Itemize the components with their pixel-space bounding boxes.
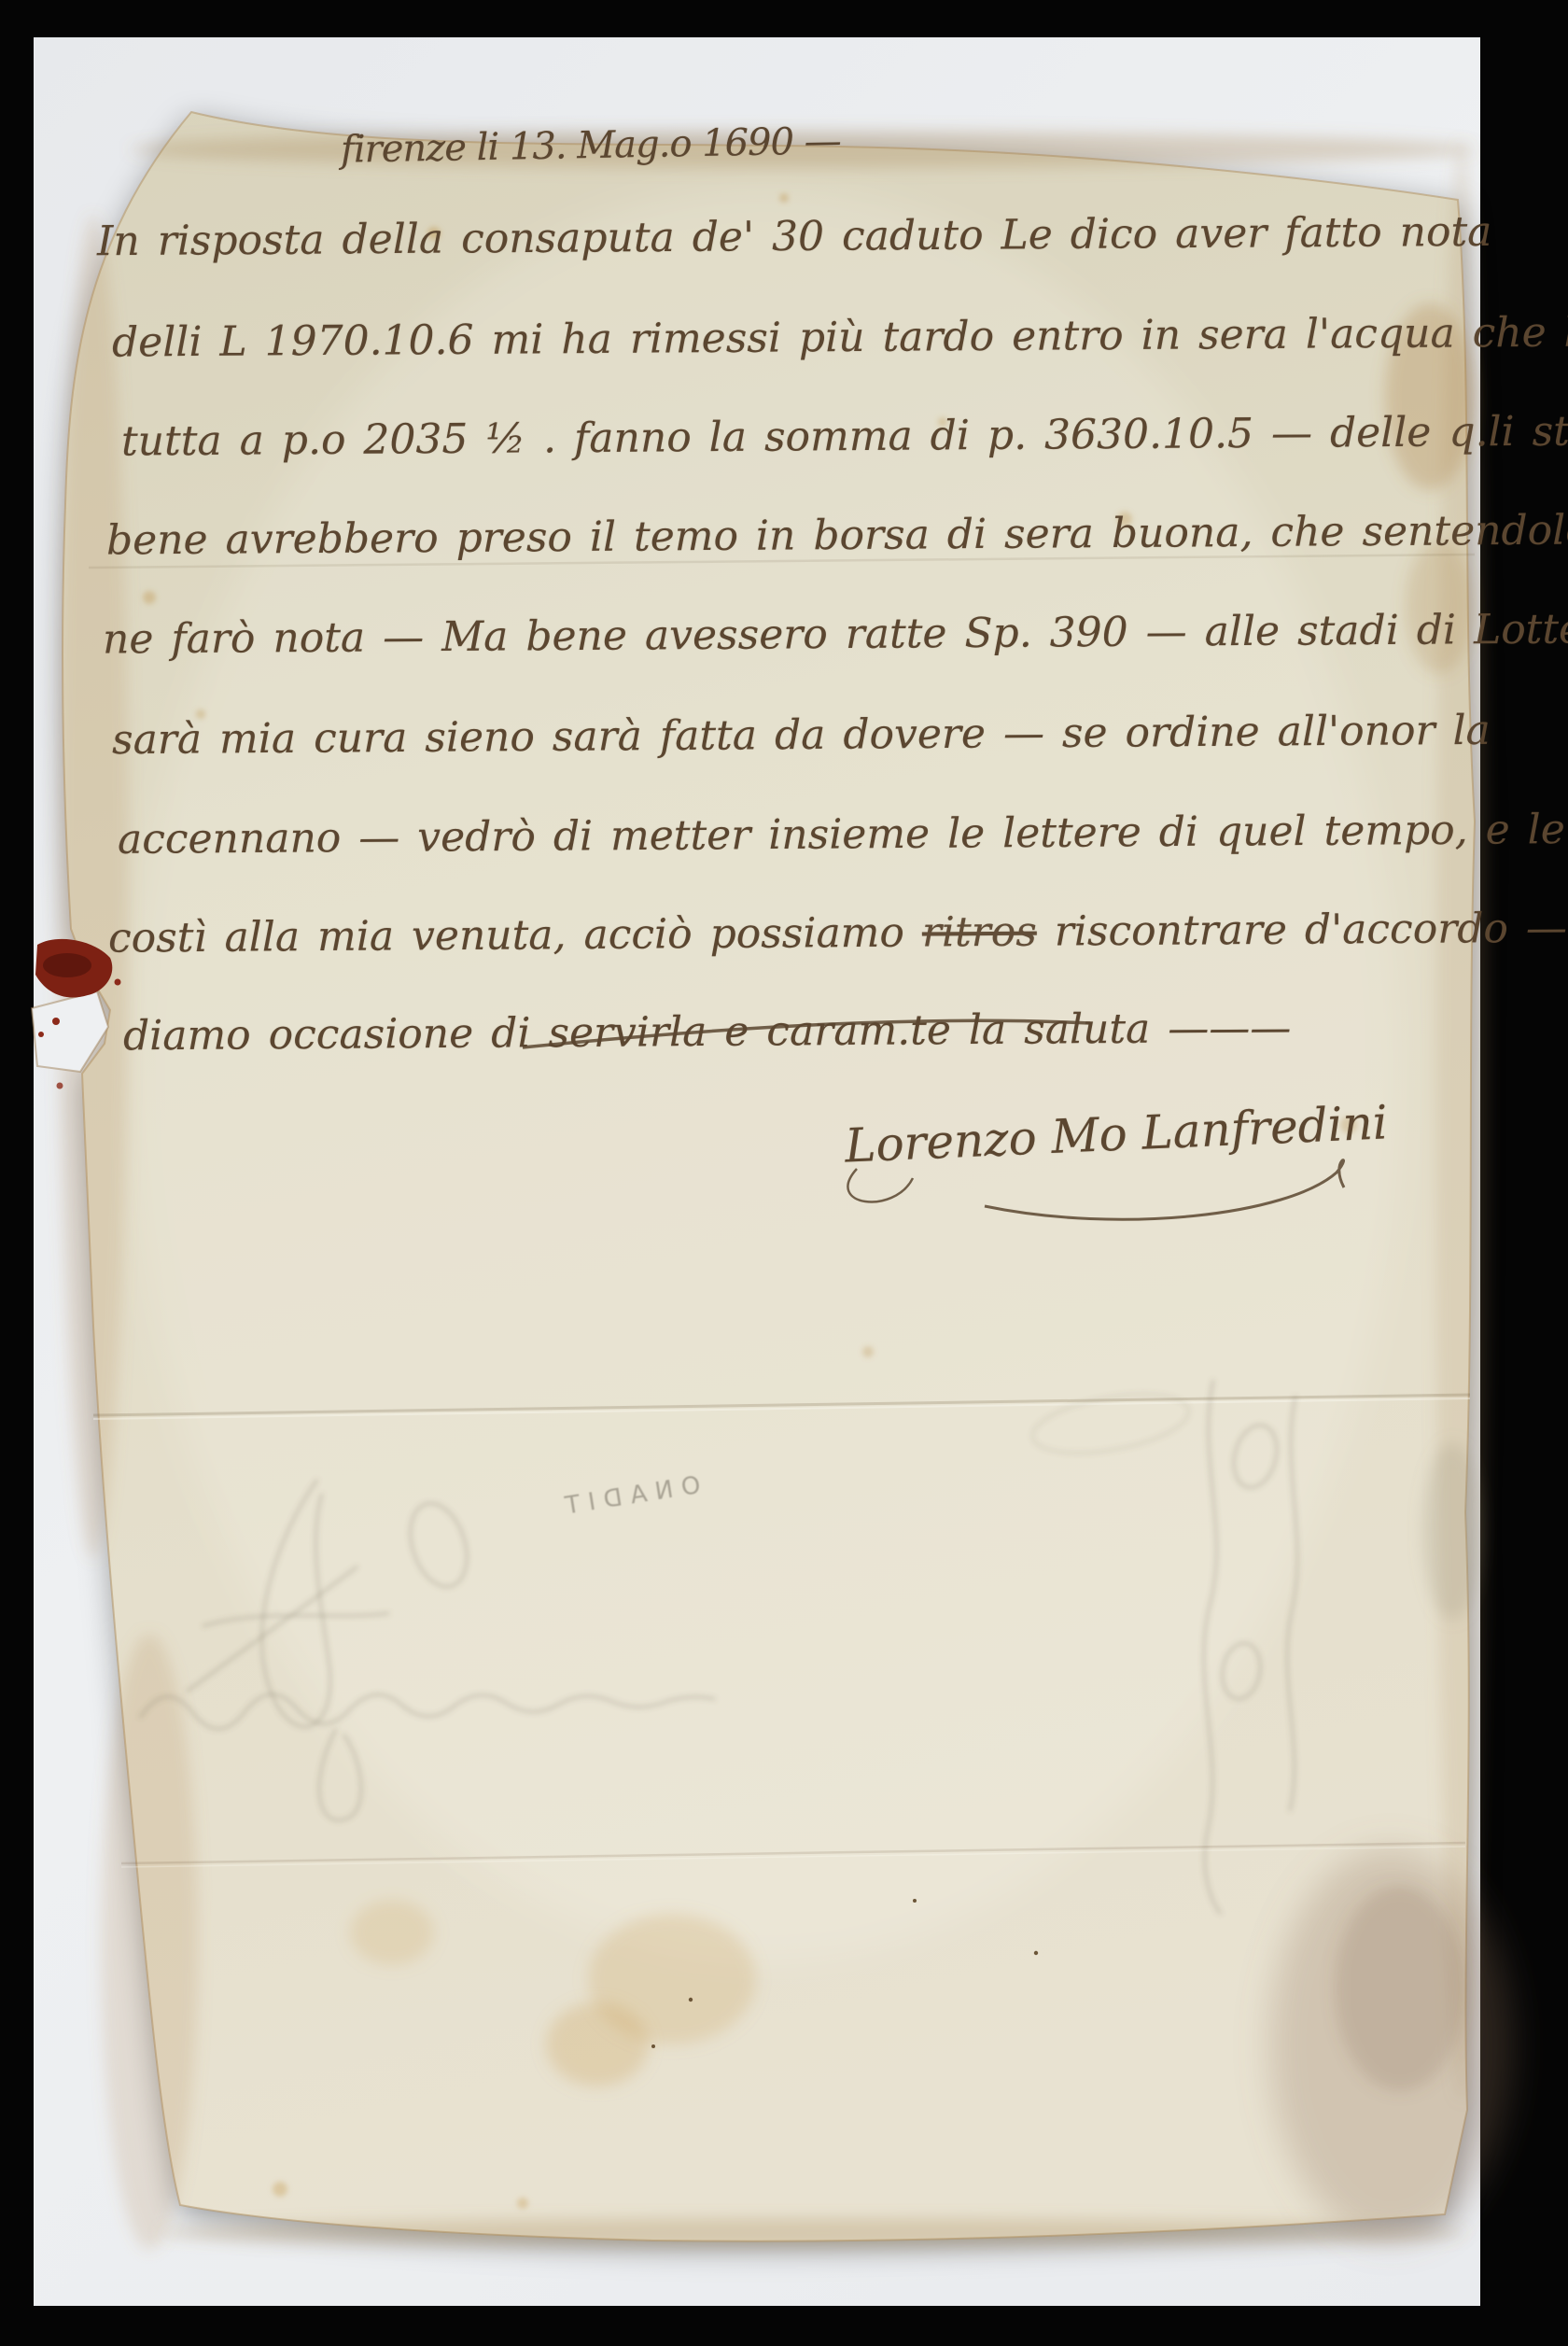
- signature: Lorenzo Mo Lanfredini: [844, 1099, 1389, 1169]
- letter-line-with-strikeout: costì alla mia venuta, acciò possiamo ri…: [108, 907, 1568, 959]
- letter-line: ne farò nota — Ma bene avessero ratte Sp…: [103, 609, 1568, 660]
- letter-line: accennano — vedrò di metter insieme le l…: [118, 808, 1568, 861]
- letter-line: sarà mia cura sieno sarà fatta da dovere…: [112, 710, 1491, 761]
- line8-post: riscontrare d'accordo — e: [1037, 904, 1568, 955]
- date-line: firenze li 13. Mag.o 1690 —: [341, 122, 841, 168]
- photograph-of-letter: firenze li 13. Mag.o 1690 — In risposta …: [0, 0, 1568, 2346]
- line8-pre: costì alla mia venuta, acciò possiamo: [108, 909, 922, 962]
- letter-line: tutta a p.o 2035 ½ . fanno la somma di p…: [121, 411, 1568, 462]
- letter-line: diamo occasione di servirla e caram.te l…: [123, 1008, 1292, 1058]
- letter-line: delli L 1970.10.6 mi ha rimessi più tard…: [112, 312, 1568, 363]
- letter-line: bene avrebbero preso il temo in borsa di…: [106, 510, 1568, 561]
- struck-word: ritros: [922, 908, 1037, 957]
- letter-line: In risposta della consaputa de' 30 cadut…: [97, 212, 1492, 262]
- faint-mirrored-stamp: ONADIT: [555, 1471, 703, 1522]
- letter-text: firenze li 13. Mag.o 1690 — In risposta …: [0, 0, 1568, 2346]
